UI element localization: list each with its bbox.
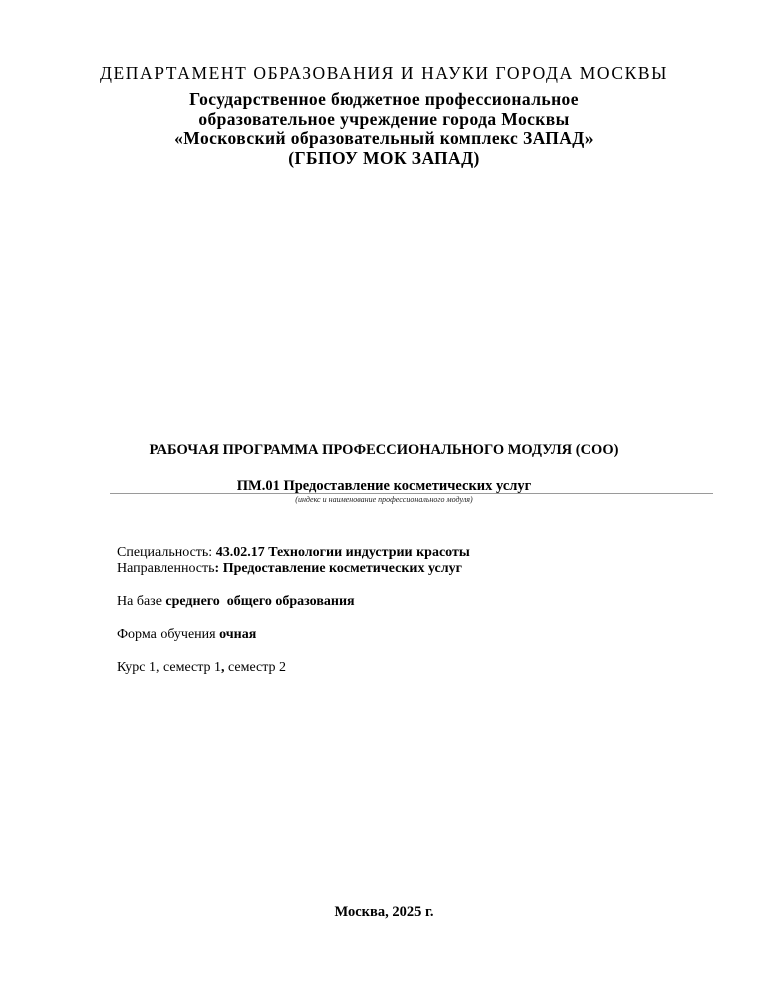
- place-year: Москва, 2025 г.: [0, 904, 768, 921]
- module-underline: [110, 493, 713, 494]
- study-form-line: Форма обучения очная: [117, 627, 256, 643]
- program-title: РАБОЧАЯ ПРОГРАММА ПРОФЕССИОНАЛЬНОГО МОДУ…: [0, 442, 768, 459]
- organization-abbreviation: (ГБПОУ МОК ЗАПАД): [0, 149, 768, 169]
- specialty-line: Специальность: 43.02.17 Технологии индус…: [117, 545, 470, 561]
- organization-line: Государственное бюджетное профессиональн…: [0, 90, 768, 110]
- course-text: Курс 1, семестр 1: [117, 660, 221, 675]
- department-heading: ДЕПАРТАМЕНТ ОБРАЗОВАНИЯ И НАУКИ ГОРОДА М…: [0, 63, 768, 84]
- module-hint: (индекс и наименование профессионального…: [0, 495, 768, 504]
- specialty-value: 43.02.17 Технологии индустрии красоты: [216, 545, 470, 560]
- organization-line: образовательное учреждение города Москвы: [0, 110, 768, 130]
- organization-line: «Московский образовательный комплекс ЗАП…: [0, 129, 768, 149]
- direction-line: Направленность: Предоставление косметиче…: [117, 561, 462, 577]
- direction-value: : Предоставление косметических услуг: [215, 561, 462, 576]
- education-base-value: среднего общего образования: [165, 594, 354, 609]
- education-base-label: На базе: [117, 594, 165, 609]
- study-form-value: очная: [219, 627, 256, 642]
- course-line: Курс 1, семестр 1, семестр 2: [117, 660, 286, 676]
- course-semester: семестр 2: [225, 660, 287, 675]
- direction-label: Направленность: [117, 561, 215, 576]
- study-form-label: Форма обучения: [117, 627, 219, 642]
- organization-name: Государственное бюджетное профессиональн…: [0, 90, 768, 168]
- education-base-line: На базе среднего общего образования: [117, 594, 355, 610]
- specialty-label: Специальность:: [117, 545, 216, 560]
